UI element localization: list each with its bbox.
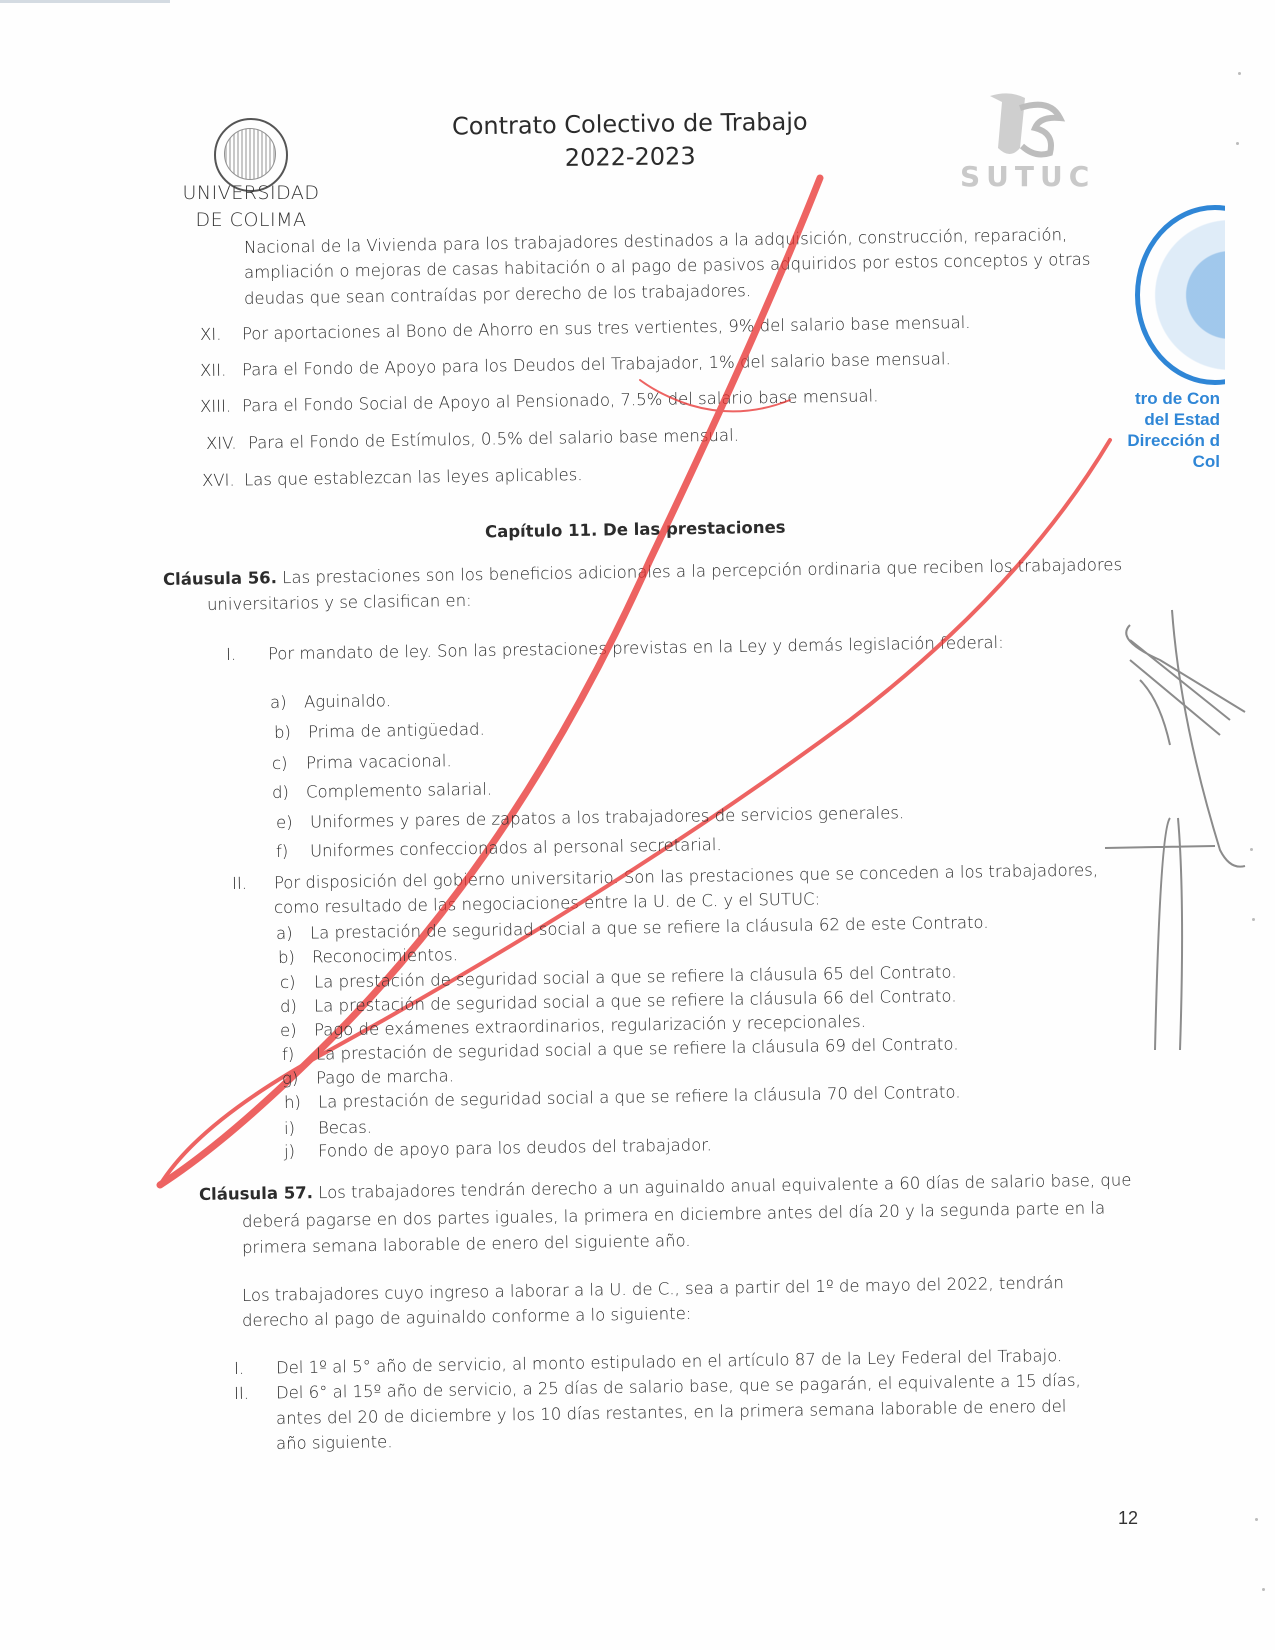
document-page: UNIVERSIDAD DE COLIMA Contrato Colectivo…: [0, 0, 1275, 1650]
list-item: b)Prima de antigüedad.: [274, 718, 485, 745]
scan-speck: [1236, 142, 1239, 145]
scan-speck: [1262, 1588, 1265, 1591]
clause-56-intro: Cláusula 56. Las prestaciones son los be…: [163, 553, 1122, 592]
list-item: f)Uniformes confeccionados al personal s…: [276, 833, 722, 864]
list-item: XII.Para el Fondo de Apoyo para los Deud…: [200, 347, 951, 383]
list-item: d)Complemento salarial.: [272, 778, 492, 805]
list-item: e)Uniformes y pares de zapatos a los tra…: [276, 801, 905, 835]
scan-speck: [1238, 72, 1241, 75]
list-item: XVI.Las que establezcan las leyes aplica…: [202, 463, 583, 493]
clause-57-text: primera semana laborable de enero del si…: [242, 1229, 691, 1260]
chapter-heading: Capítulo 11. De las prestaciones: [485, 518, 786, 542]
section-heading: I.Por mandato de ley. Son las prestacion…: [226, 631, 1004, 667]
stamp-seal-icon: [1135, 205, 1225, 385]
list-item: XI.Por aportaciones al Bono de Ahorro en…: [200, 311, 971, 347]
list-item: i)Becas.: [284, 1116, 372, 1141]
list-item: c)Prima vacacional.: [272, 749, 452, 776]
union-logo-icon: [980, 88, 1070, 168]
list-item-continuation: año siguiente.: [276, 1430, 393, 1456]
official-stamp: [1130, 195, 1225, 395]
union-name: SUTUC: [960, 160, 1090, 193]
signature-mark: [1105, 610, 1245, 1050]
continuation-line: deudas que sean contraídas por derecho d…: [244, 279, 751, 311]
list-item: XIV.Para el Fondo de Estímulos, 0.5% del…: [206, 424, 739, 456]
list-item: XIII.Para el Fondo Social de Apoyo al Pe…: [200, 384, 879, 419]
list-item: g)Pago de marcha.: [282, 1064, 454, 1091]
list-item: a)Aguinaldo.: [270, 689, 391, 715]
page-number: 12: [1118, 1508, 1138, 1529]
scan-speck: [1250, 848, 1253, 851]
stamp-text: tro de Con del Estad Dirección d Col: [1090, 388, 1220, 472]
list-item: b)Reconocimientos.: [278, 943, 458, 970]
document-title: Contrato Colectivo de Trabajo 2022-2023: [410, 105, 851, 177]
scan-speck: [1252, 918, 1255, 921]
university-name: UNIVERSIDAD DE COLIMA: [176, 180, 326, 234]
scan-edge: [0, 0, 170, 3]
scan-speck: [1255, 1518, 1258, 1521]
clause-56-intro: universitarios y se clasifican en:: [207, 589, 472, 617]
